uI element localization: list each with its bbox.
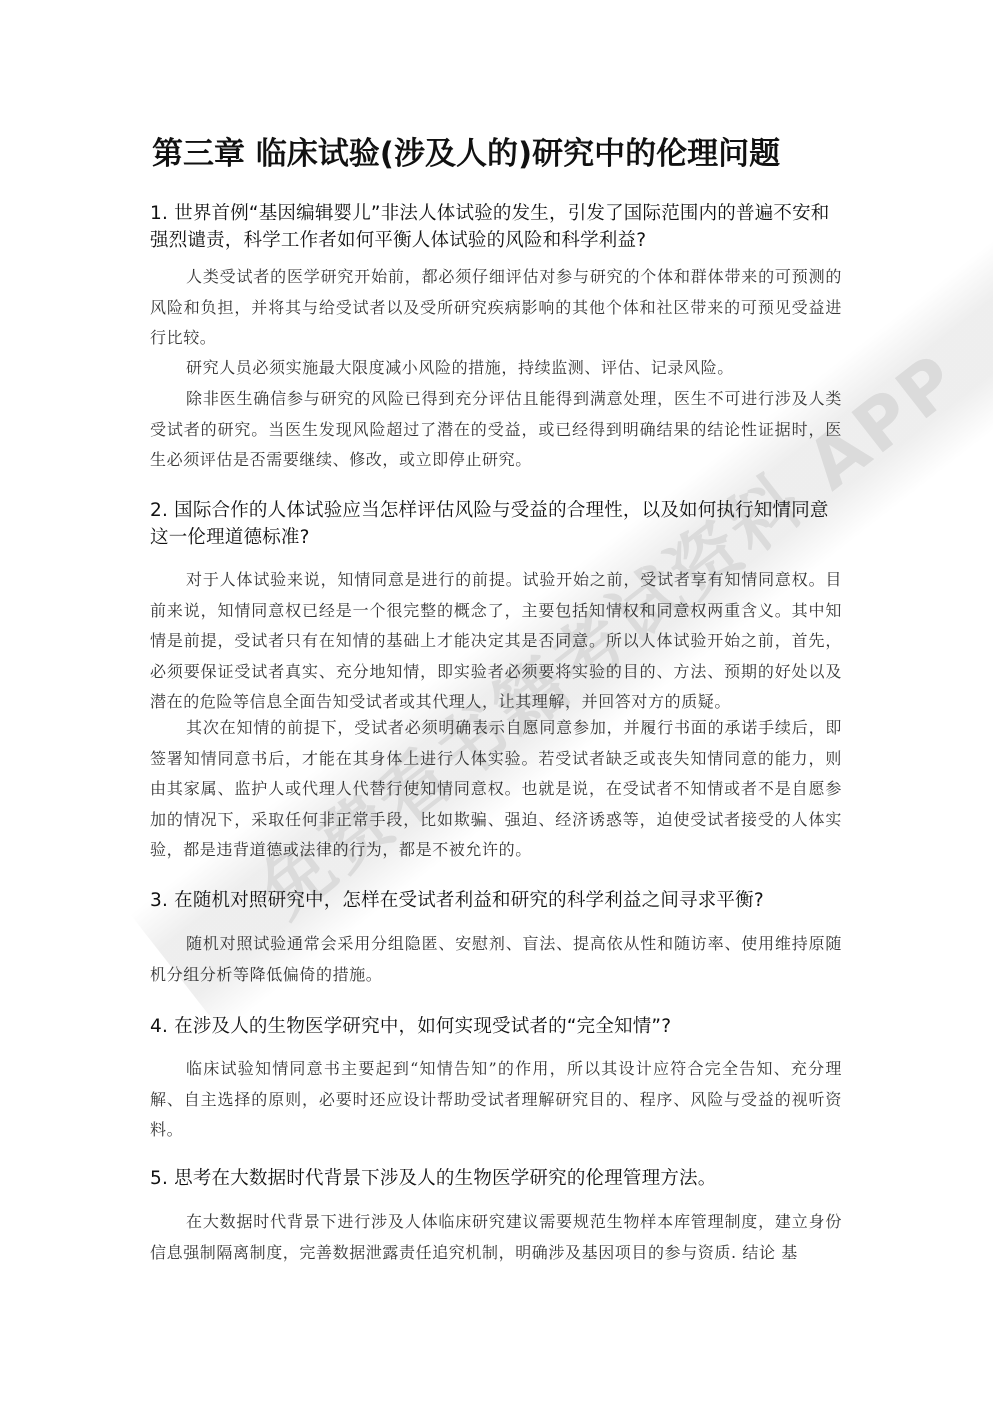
answer-2-paragraph-1: 对于人体试验来说，知情同意是进行的前提。试验开始之前，受试者享有知情同意权。目前… xyxy=(150,565,842,718)
answer-1-paragraph-1: 人类受试者的医学研究开始前，都必须仔细评估对参与研究的个体和群体带来的可预测的风… xyxy=(150,262,842,354)
question-1: 1. 世界首例“基因编辑婴儿”非法人体试验的发生，引发了国际范围内的普遍不安和强… xyxy=(150,200,842,254)
answer-1-paragraph-2: 研究人员必须实施最大限度减小风险的措施，持续监测、评估、记录风险。 xyxy=(150,353,842,384)
answer-3-paragraph-1: 随机对照试验通常会采用分组隐匿、安慰剂、盲法、提高依从性和随访率、使用维持原随机… xyxy=(150,929,842,990)
question-3: 3. 在随机对照研究中，怎样在受试者利益和研究的科学利益之间寻求平衡? xyxy=(150,887,842,914)
question-5: 5. 思考在大数据时代背景下涉及人的生物医学研究的伦理管理方法。 xyxy=(150,1165,842,1192)
question-4: 4. 在涉及人的生物医学研究中，如何实现受试者的“完全知情”? xyxy=(150,1013,842,1040)
question-2: 2. 国际合作的人体试验应当怎样评估风险与受益的合理性，以及如何执行知情同意这一… xyxy=(150,497,842,551)
answer-2-paragraph-2: 其次在知情的前提下，受试者必须明确表示自愿同意参加，并履行书面的承诺手续后，即签… xyxy=(150,713,842,866)
answer-1-paragraph-3: 除非医生确信参与研究的风险已得到充分评估且能得到满意处理，医生不可进行涉及人类受… xyxy=(150,384,842,476)
answer-4-paragraph-1: 临床试验知情同意书主要起到“知情告知”的作用，所以其设计应符合完全告知、充分理解… xyxy=(150,1054,842,1146)
answer-5-paragraph-1: 在大数据时代背景下进行涉及人体临床研究建议需要规范生物样本库管理制度，建立身份信… xyxy=(150,1207,842,1268)
document-page: 免费看书籍考试资料 APP 第三章 临床试验(涉及人的)研究中的伦理问题 1. … xyxy=(0,0,993,1404)
chapter-title: 第三章 临床试验(涉及人的)研究中的伦理问题 xyxy=(152,128,852,173)
